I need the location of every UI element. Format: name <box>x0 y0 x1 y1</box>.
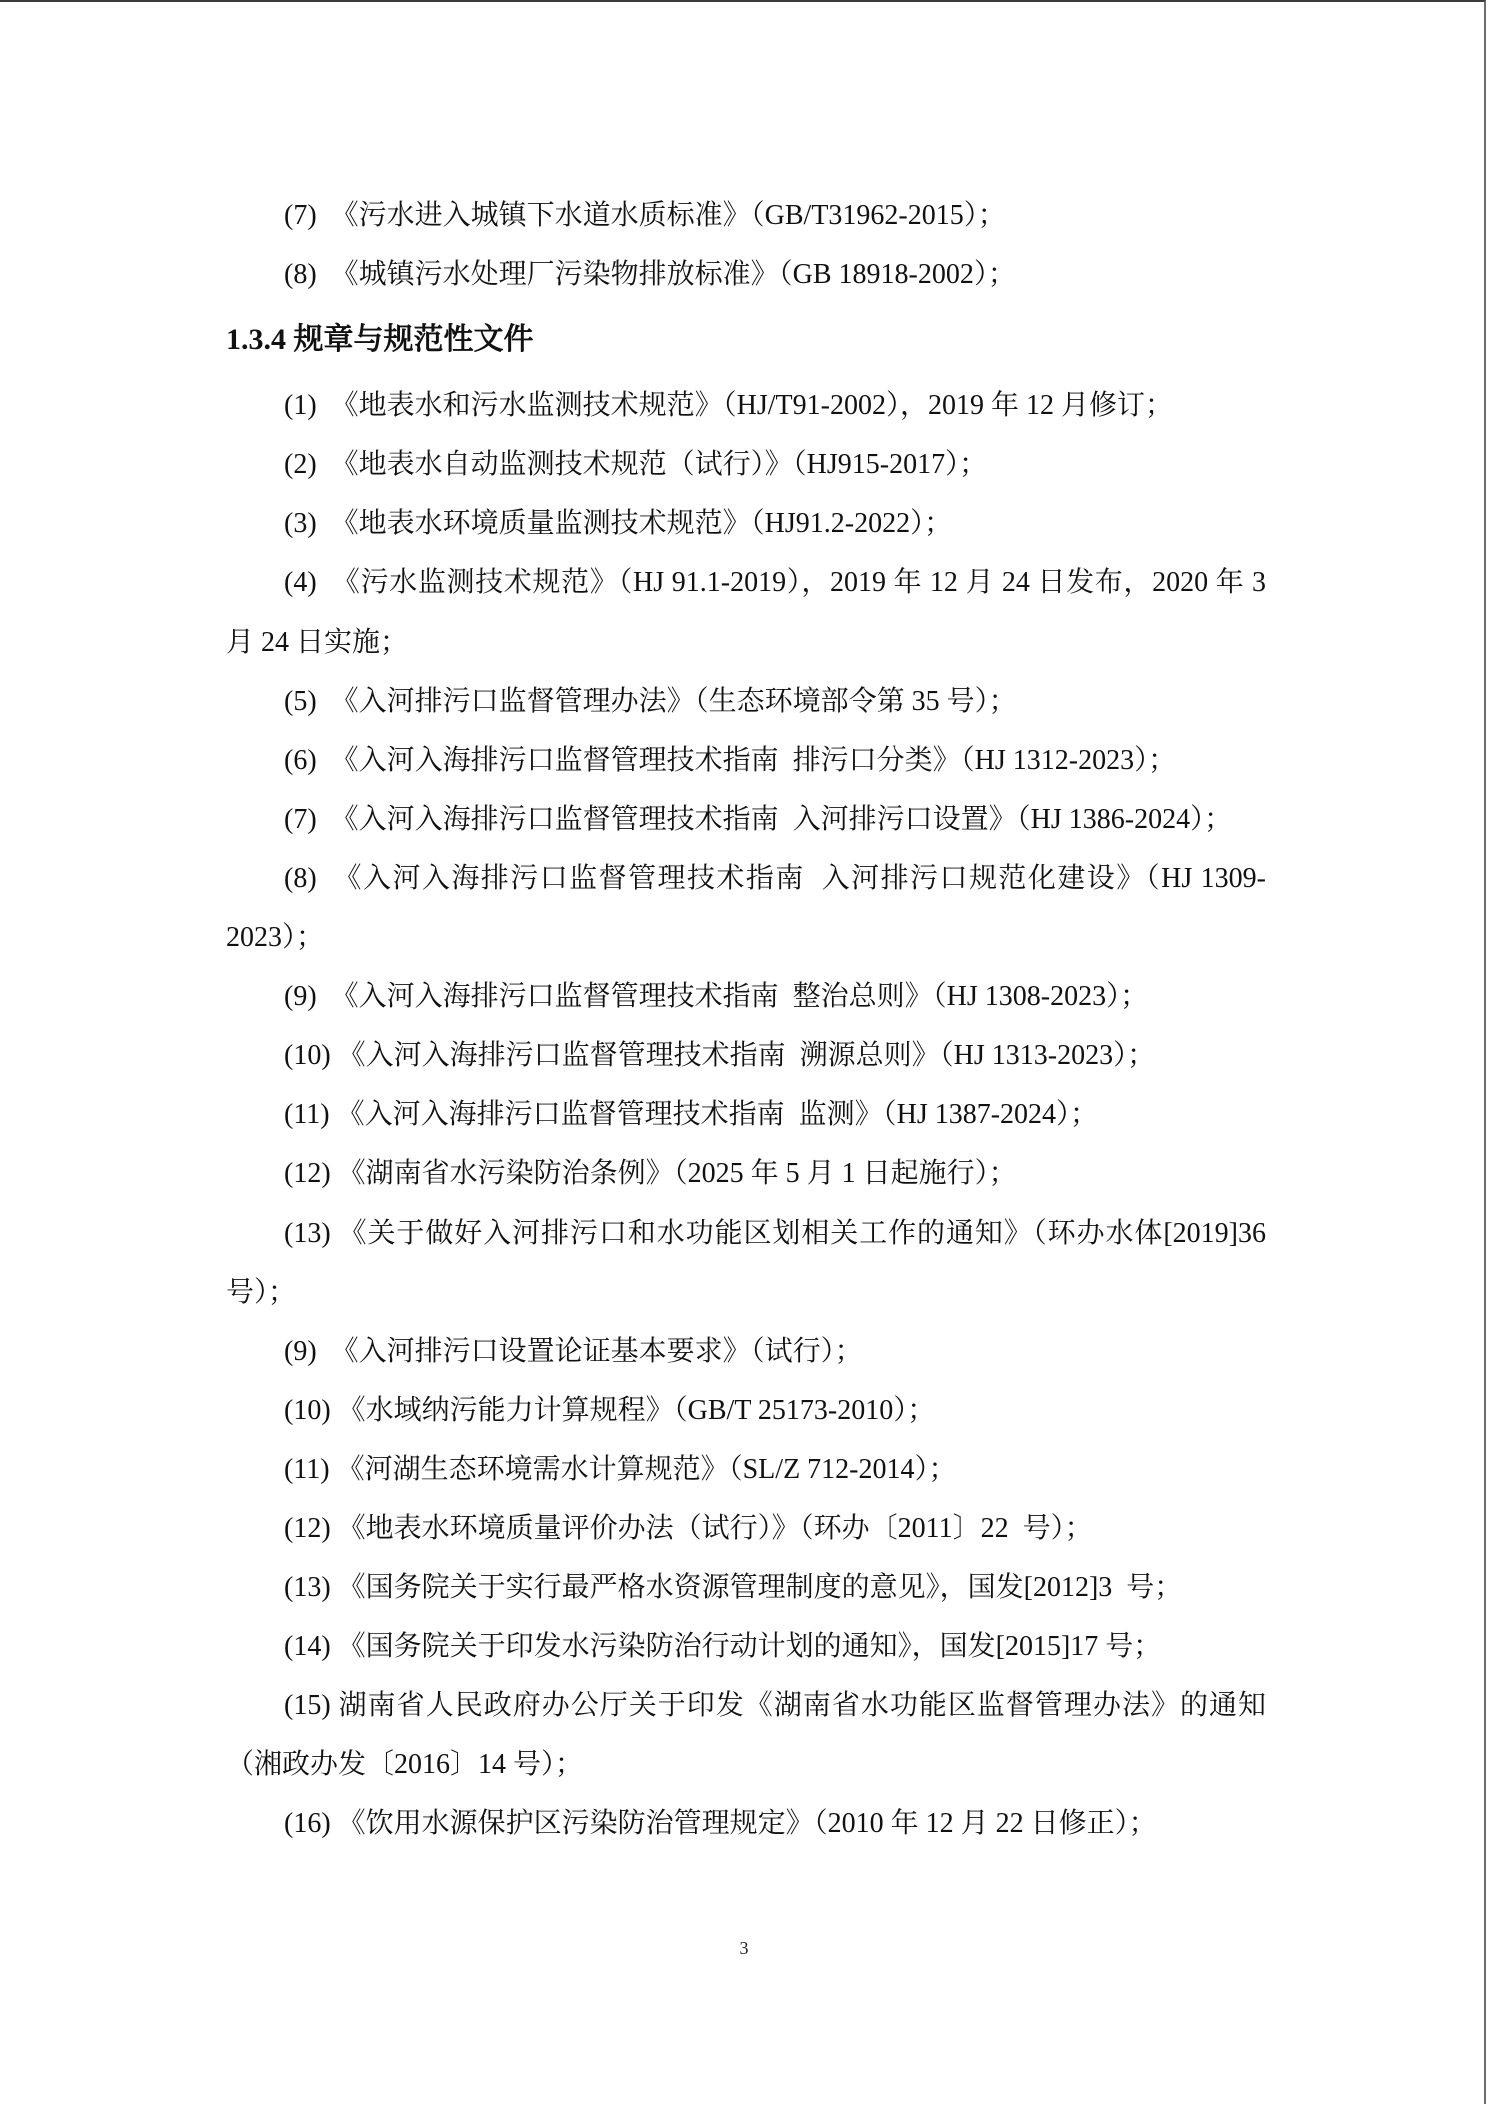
document-body: (7) 《污水进入城镇下水道水质标准》（GB/T31962-2015）； (8)… <box>226 186 1266 1854</box>
list-item: (9) 《入河入海排污口监督管理技术指南 整治总则》（HJ 1308-2023）… <box>226 967 1266 1026</box>
list-item: (2) 《地表水自动监测技术规范（试行）》（HJ915-2017）； <box>226 435 1266 494</box>
page-number: 3 <box>0 1938 1488 1959</box>
list-item: (15) 湖南省人民政府办公厅关于印发《湖南省水功能区监督管理办法》的通知（湘政… <box>226 1676 1266 1794</box>
list-item: (9) 《入河排污口设置论证基本要求》（试行）； <box>226 1322 1266 1381</box>
list-item: (6) 《入河入海排污口监督管理技术指南 排污口分类》（HJ 1312-2023… <box>226 731 1266 790</box>
list-item: (16) 《饮用水源保护区污染防治管理规定》（2010 年 12 月 22 日修… <box>226 1794 1266 1853</box>
list-item: (4) 《污水监测技术规范》（HJ 91.1-2019），2019 年 12 月… <box>226 553 1266 671</box>
list-item: (3) 《地表水环境质量监测技术规范》（HJ91.2-2022）； <box>226 494 1266 553</box>
list-item: (12) 《地表水环境质量评价办法（试行）》（环办〔2011〕22 号）； <box>226 1499 1266 1558</box>
list-item: (1) 《地表水和污水监测技术规范》（HJ/T91-2002），2019 年 1… <box>226 376 1266 435</box>
list-item: (8) 《城镇污水处理厂污染物排放标准》（GB 18918-2002）； <box>226 245 1266 304</box>
list-item: (13) 《国务院关于实行最严格水资源管理制度的意见》，国发[2012]3 号； <box>226 1558 1266 1617</box>
list-item: (10) 《入河入海排污口监督管理技术指南 溯源总则》（HJ 1313-2023… <box>226 1026 1266 1085</box>
list-item: (13) 《关于做好入河排污口和水功能区划相关工作的通知》（环办水体[2019]… <box>226 1204 1266 1322</box>
list-item: (5) 《入河排污口监督管理办法》（生态环境部令第 35 号）； <box>226 672 1266 731</box>
list-item: (7) 《污水进入城镇下水道水质标准》（GB/T31962-2015）； <box>226 186 1266 245</box>
list-item: (14) 《国务院关于印发水污染防治行动计划的通知》，国发[2015]17 号； <box>226 1617 1266 1676</box>
list-item: (12) 《湖南省水污染防治条例》（2025 年 5 月 1 日起施行）； <box>226 1144 1266 1203</box>
list-item: (10) 《水域纳污能力计算规程》（GB/T 25173-2010）； <box>226 1381 1266 1440</box>
section-heading: 1.3.4 规章与规范性文件 <box>226 304 1266 376</box>
list-item: (11) 《河湖生态环境需水计算规范》（SL/Z 712-2014）； <box>226 1440 1266 1499</box>
list-item: (7) 《入河入海排污口监督管理技术指南 入河排污口设置》（HJ 1386-20… <box>226 790 1266 849</box>
document-page: (7) 《污水进入城镇下水道水质标准》（GB/T31962-2015）； (8)… <box>0 0 1486 2104</box>
list-item: (8) 《入河入海排污口监督管理技术指南 入河排污口规范化建设》（HJ 1309… <box>226 849 1266 967</box>
list-item: (11) 《入河入海排污口监督管理技术指南 监测》（HJ 1387-2024）； <box>226 1085 1266 1144</box>
